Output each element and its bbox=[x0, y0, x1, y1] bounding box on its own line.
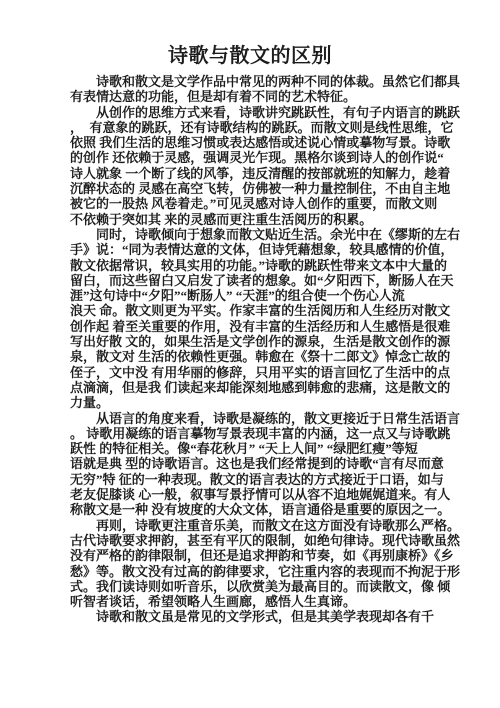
text-line: 留白，而这些留白又启发了读者的想象。如“夕阳西下，断肠人在天 bbox=[70, 273, 438, 288]
text-line: 再则，诗歌更注重音乐美，而散文在这方面没有诗歌那么严格。 bbox=[70, 518, 438, 533]
text-line: 手》说：“同为表情达意的文体，但诗凭藉想象，较具感情的价值， bbox=[70, 242, 438, 257]
text-line: 涯”这句诗中“夕阳”“断肠人” “天涯”的组合使一个伤心人流 bbox=[70, 288, 438, 303]
text-line: 力量。 bbox=[70, 395, 438, 410]
text-line: 创作起 着至关重要的作用，没有丰富的生活经历和人生感悟是很难 bbox=[70, 319, 438, 334]
paragraph: 诗歌和散文虽是常见的文学形式，但是其美学表现却各有千 bbox=[70, 609, 438, 624]
text-line: 写出好散 文的，如果生活是文学创作的源泉，生活是散文创作的源 bbox=[70, 334, 438, 349]
text-line: 从创作的思维方式来看，诗歌讲究跳跃性，有句子内语言的跳跃 bbox=[70, 105, 438, 120]
text-line: 诗人就象 一个断了线的风筝，违反清醒的按部就班的知解力，趁着 bbox=[70, 166, 438, 181]
paragraph: 从创作的思维方式来看，诗歌讲究跳跃性，有句子内语言的跳跃， 有意象的跳跃，还有诗… bbox=[70, 105, 438, 227]
text-line: 侄子，文中没 有用华丽的修辞，只用平实的语言回忆了生活中的点 bbox=[70, 365, 438, 380]
paragraph: 诗歌和散文是文学作品中常见的两种不同的体裁。虽然它们都具有表情达意的功能，但是却… bbox=[70, 74, 438, 105]
text-line: 诗歌和散文虽是常见的文学形式，但是其美学表现却各有千 bbox=[70, 609, 438, 624]
text-line: 点滴滴，但是我 们读起来却能深刻地感到韩愈的悲痛，这是散文的 bbox=[70, 380, 438, 395]
text-line: ， 有意象的跳跃，还有诗歌结构的跳跃。而散文则是线性思维，它 bbox=[70, 120, 438, 135]
text-line: 诗歌和散文是文学作品中常见的两种不同的体裁。虽然它们都具 bbox=[70, 74, 438, 89]
text-line: 从语言的角度来看，诗歌是凝练的，散文更接近于日常生活语言 bbox=[70, 411, 438, 426]
text-line: 的创作 还依赖于灵感，强调灵光乍现。黑格尔谈到诗人的创作说“ bbox=[70, 150, 438, 165]
text-line: 语就是典 型的诗歌语言。这也是我们经常提到的诗歌“言有尽而意 bbox=[70, 456, 438, 471]
text-line: 散文依据常识，较具实用的功能。”诗歌的跳跃性带来文本中大量的 bbox=[70, 258, 438, 273]
paragraph: 再则，诗歌更注重音乐美，而散文在这方面没有诗歌那么严格。古代诗歌要求押韵，甚至有… bbox=[70, 518, 438, 610]
text-line: 式。我们读诗则如听音乐，以欣赏美为最高目的。而读散文，像 倾 bbox=[70, 579, 438, 594]
text-line: 跃性 的特征相关。像“春花秋月” “天上人间” “绿肥红瘦”等短 bbox=[70, 441, 438, 456]
document-page: 诗歌与散文的区别 诗歌和散文是文学作品中常见的两种不同的体裁。虽然它们都具有表情… bbox=[0, 0, 500, 708]
text-line: 。 诗歌用凝练的语言摹物写景表现丰富的内涵，这一点又与诗歌跳 bbox=[70, 426, 438, 441]
text-line: 沉醉状态的 灵感在高空飞转，仿佛被一种力量控制住，不由自主地 bbox=[70, 181, 438, 196]
paragraph: 同时，诗歌倾向于想象而散文贴近生活。余光中在《缪斯的左右手》说：“同为表情达意的… bbox=[70, 227, 438, 411]
text-line: 老友促膝谈 心一般，叙事写景抒情可以从容不迫地娓娓道来。有人 bbox=[70, 487, 438, 502]
text-line: 愁》等。散文没有过高的韵律要求，它注重内容的表现而不拘泥于形 bbox=[70, 564, 438, 579]
text-line: 没有严格的韵律限制，但还是追求押韵和节奏，如《再别康桥》《乡 bbox=[70, 548, 438, 563]
text-line: 依照 我们生活的思维习惯或表达感悟或述说心情或摹物写景。诗歌 bbox=[70, 135, 438, 150]
text-line: 古代诗歌要求押韵，甚至有平仄的限制，如绝句律诗。现代诗歌虽然 bbox=[70, 533, 438, 548]
paragraph: 从语言的角度来看，诗歌是凝练的，散文更接近于日常生活语言。 诗歌用凝练的语言摹物… bbox=[70, 411, 438, 518]
text-line: 同时，诗歌倾向于想象而散文贴近生活。余光中在《缪斯的左右 bbox=[70, 227, 438, 242]
text-line: 无穷”特 征的一种表现。散文的语言表达的方式接近于口语，如与 bbox=[70, 472, 438, 487]
text-line: 被它的一股热 风卷着走。”可见灵感对诗人创作的重要，而散文则 bbox=[70, 196, 438, 211]
text-line: 称散文是一种 没有坡度的大众文体，语言通俗是重要的原因之一。 bbox=[70, 502, 438, 517]
text-line: 泉，散文对 生活的依赖性更强。韩愈在《祭十二郎文》悼念亡故的 bbox=[70, 349, 438, 364]
document-body: 诗歌和散文是文学作品中常见的两种不同的体裁。虽然它们都具有表情达意的功能，但是却… bbox=[70, 74, 438, 625]
text-line: 听智者谈话，希望领略人生画廊，感悟人生真谛。 bbox=[70, 594, 438, 609]
text-line: 浪天 命。散文则更为平实。作家丰富的生活阅历和人生经历对散文 bbox=[70, 303, 438, 318]
document-title: 诗歌与散文的区别 bbox=[0, 39, 500, 68]
text-line: 有表情达意的功能，但是却有着不同的艺术特征。 bbox=[70, 89, 438, 104]
text-line: 不依赖于突如其 来的灵感而更注重生活阅历的积累。 bbox=[70, 212, 438, 227]
